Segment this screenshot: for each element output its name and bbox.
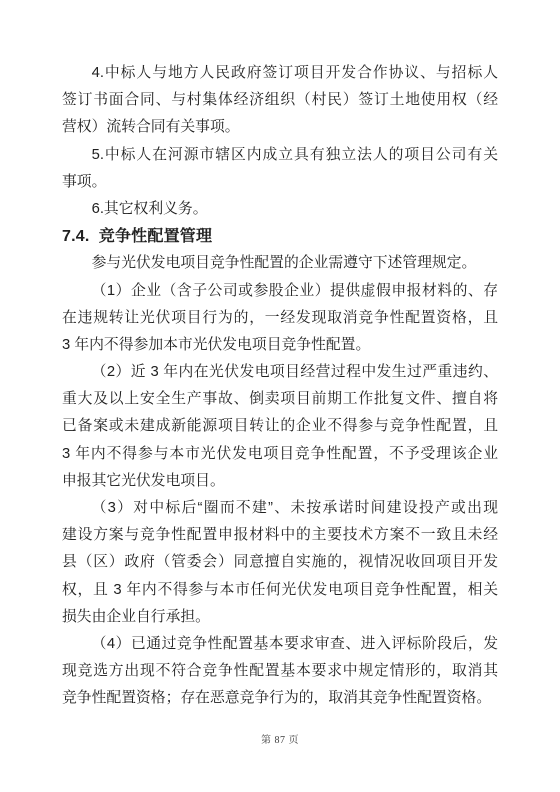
text-line: 3 年内不得参加本市光伏发电项目竞争性配置。 — [62, 332, 498, 359]
text-line: （3）对中标后“圈而不建”、未按承诺时间建设投产或出现 — [62, 495, 498, 522]
text-line: （2）近 3 年内在光伏发电项目经营过程中发生过严重违约、 — [62, 359, 498, 386]
text-line: 建设方案与竞争性配置申报材料中的主要技术方案不一致且未经 — [62, 522, 498, 549]
document-page: 4.中标人与地方人民政府签订项目开发合作协议、与招标人签订书面合同、与村集体经济… — [0, 0, 560, 792]
text-line: 事项。 — [62, 169, 498, 196]
text-line: （1）企业（含子公司或参股企业）提供虚假申报材料的、存 — [62, 278, 498, 305]
document-content: 4.中标人与地方人民政府签订项目开发合作协议、与招标人签订书面合同、与村集体经济… — [62, 60, 498, 713]
text-line: 县（区）政府（管委会）同意擅自实施的，视情况收回项目开发 — [62, 549, 498, 576]
text-line: 权，且 3 年内不得参与本市任何光伏发电项目竞争性配置，相关 — [62, 577, 498, 604]
text-line: 3 年内不得参与本市光伏发电项目竞争性配置，不予受理该企业 — [62, 441, 498, 468]
text-line: 损失由企业自行承担。 — [62, 604, 498, 631]
text-line: 申报其它光伏发电项目。 — [62, 468, 498, 495]
text-line: 4.中标人与地方人民政府签订项目开发合作协议、与招标人 — [62, 60, 498, 87]
text-line: （4）已通过竞争性配置基本要求审查、进入评标阶段后，发 — [62, 631, 498, 658]
text-line: 在违规转让光伏项目行为的，一经发现取消竞争性配置资格，且 — [62, 305, 498, 332]
text-line: 签订书面合同、与村集体经济组织（村民）签订土地使用权（经 — [62, 87, 498, 114]
text-line: 已备案或未建成新能源项目转让的企业不得参与竞争性配置，且 — [62, 413, 498, 440]
text-line: 重大及以上安全生产事故、倒卖项目前期工作批复文件、擅自将 — [62, 386, 498, 413]
text-line: 6.其它权利义务。 — [62, 196, 498, 223]
text-line: 竞争性配置资格；存在恶意竞争行为的，取消其竞争性配置资格。 — [62, 685, 498, 712]
page-footer: 第 87 页 — [0, 731, 560, 746]
text-line: 营权）流转合同有关事项。 — [62, 114, 498, 141]
text-line: 参与光伏发电项目竞争性配置的企业需遵守下述管理规定。 — [62, 250, 498, 277]
text-line: 现竞选方出现不符合竞争性配置基本要求中规定情形的，取消其 — [62, 658, 498, 685]
page-number: 第 87 页 — [261, 735, 299, 746]
text-line: 5.中标人在河源市辖区内成立具有独立法人的项目公司有关 — [62, 142, 498, 169]
section-heading: 7.4. 竞争性配置管理 — [62, 223, 498, 250]
